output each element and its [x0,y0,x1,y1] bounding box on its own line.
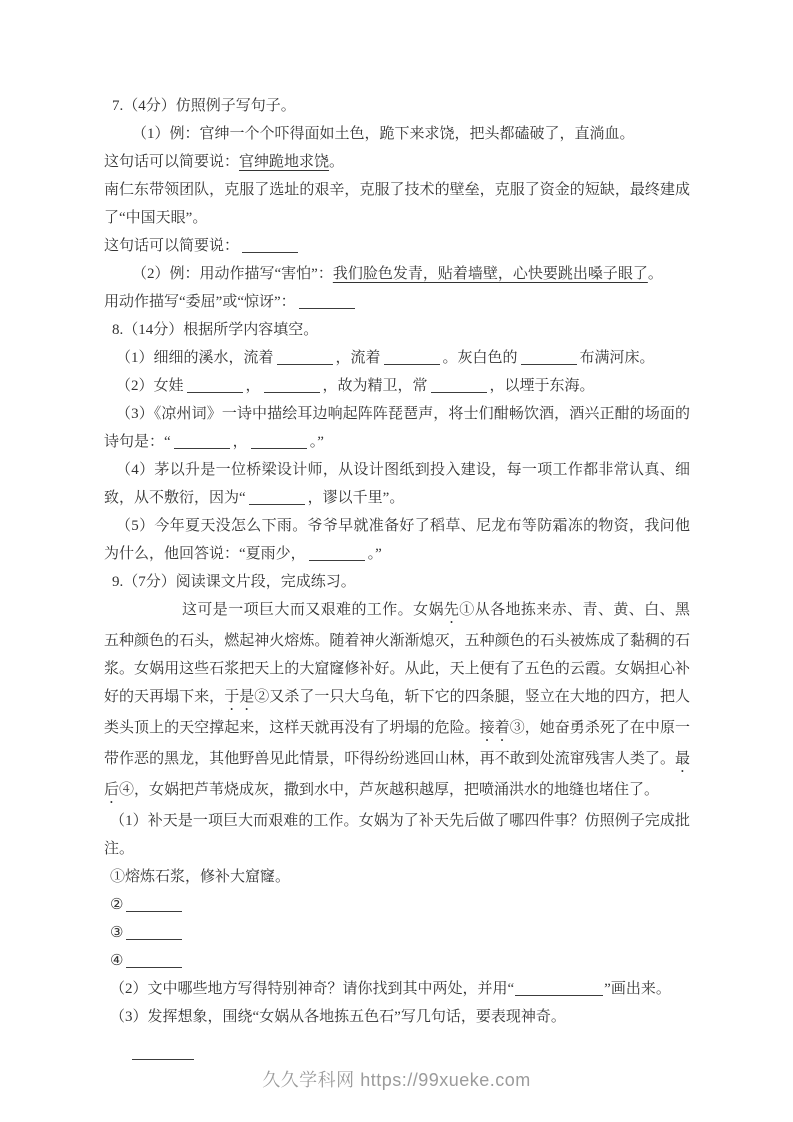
fill-text: 。” [310,434,324,450]
answer-blank [299,297,355,309]
task-label: 用动作描写“委屈”或“惊讶”： [104,294,296,310]
exam-page: 7.（4分）仿照例子写句子。 （1）例：官绅一个个吓得面如土色，跪下来求饶，把头… [0,0,793,1122]
q9-item1-note3: ③ [104,919,690,947]
footer-url: https://99xueke.com [360,1070,531,1090]
fill-text: ，故为精卫，常 [323,378,428,394]
q7-item1-simplified-example: 这句话可以简要说：官绅跪地求饶。 [104,148,690,176]
q9-item3: （3）发挥想象，围绕“女娲从各地拣五色石”写几句话，要表现神奇。 [104,1003,690,1031]
answer-blank [174,437,230,449]
simplify-label: 这句话可以简要说： [104,154,239,170]
q9-item2: （2）文中哪些地方写得特别神奇？请你找到其中两处，并用“”画出来。 [104,975,690,1003]
answer-blank [264,381,320,393]
question-title: 仿照例子写句子。 [176,98,296,114]
question-number: 8. [112,322,123,338]
q9-item3-answer-line [104,1039,690,1067]
fill-text: ，流着 [336,350,381,366]
fill-text: （2）女娃 [116,378,184,394]
answer-blank [249,493,305,505]
note-example: ①熔炼石浆，修补大窟窿。 [110,869,290,885]
page-footer: 久久学科网 https://99xueke.com [0,1066,793,1092]
q9-item1-note1: ①熔炼石浆，修补大窟窿。 [104,863,690,891]
question-points: （7分） [123,574,176,590]
q8-item2: （2）女娃，，故为精卫，常，以堙于东海。 [104,372,690,400]
example-sentence: （1）例：官绅一个个吓得面如土色，跪下来求饶，把头都磕破了，直淌血。 [132,126,635,142]
exam-content: 7.（4分）仿照例子写句子。 （1）例：官绅一个个吓得面如土色，跪下来求饶，把头… [104,92,690,1067]
answer-blank [242,241,298,253]
answer-blank [126,928,182,940]
note-number: ④ [110,953,123,969]
fill-text: 。” [368,546,382,562]
fill-text: ， [233,434,248,450]
answer-blank [132,1048,194,1060]
answer-blank [515,984,603,996]
q9-item1: （1）补天是一项巨大而艰难的工作。女娲为了补天先后做了哪四件事？仿照例子完成批注… [104,807,690,863]
emphasized-word: 先 [444,602,459,618]
fill-text: （1）细细的溪水，流着 [116,350,274,366]
q8-item4: （4）茅以升是一位桥梁设计师，从设计图纸到投入建设，每一项工作都非常认真、细致，… [104,456,690,512]
question-text: ”画出来。 [604,981,671,997]
q9-item1-note4: ④ [104,947,690,975]
answer-blank [277,353,333,365]
q8-item5: （5）今年夏天没怎么下雨。爷爷早就准备好了稻草、尼龙布等防霜冻的物资，我问他为什… [104,512,690,568]
question-title: 根据所学内容填空。 [183,322,318,338]
question-number: 7. [112,98,123,114]
passage-text: 南仁东带领团队，克服了选址的艰辛，克服了技术的壁垒，克服了资金的短缺，最终建成了… [104,182,690,226]
passage-text: ④，女娲把芦苇烧成灰，撒到水中，芦灰越积越厚，把喷涌洪水的地缝也堵住了。 [119,782,659,798]
q7-item1-passage: 南仁东带领团队，克服了选址的艰辛，克服了技术的壁垒，克服了资金的短缺，最终建成了… [104,176,690,232]
question-number: 9. [112,574,123,590]
question-text: （3）发挥想象，围绕“女娲从各地拣五色石”写几句话，要表现神奇。 [110,1009,566,1025]
note-number: ③ [110,925,123,941]
q7-item2-example: （2）例：用动作描写“害怕”：我们脸色发青，贴着墙壁，心快要跳出嗓子眼了。 [104,260,690,288]
q8-item3: （3）《凉州词》一诗中描绘耳边响起阵阵琵琶声，将士们酣畅饮酒，酒兴正酣的场面的诗… [104,400,690,456]
question-7: 7.（4分）仿照例子写句子。 （1）例：官绅一个个吓得面如土色，跪下来求饶，把头… [104,92,690,316]
question-8-header: 8.（14分）根据所学内容填空。 [104,316,690,344]
answer-blank [384,353,440,365]
fill-text: ， [246,378,261,394]
example-prefix: （2）例：用动作描写“害怕”： [132,266,333,282]
footer-site-name: 久久学科网 [262,1070,355,1090]
question-text: （2）文中哪些地方写得特别神奇？请你找到其中两处，并用“ [110,981,514,997]
question-8: 8.（14分）根据所学内容填空。 （1）细细的溪水，流着，流着。灰白色的布满河床… [104,316,690,568]
q7-item2-task: 用动作描写“委屈”或“惊讶”： [104,288,690,316]
question-7-header: 7.（4分）仿照例子写句子。 [104,92,690,120]
question-9-header: 9.（7分）阅读课文片段，完成练习。 [104,568,690,596]
emphasized-word: 于是 [224,689,254,705]
emphasized-word: 接着 [480,720,510,736]
q8-item1: （1）细细的溪水，流着，流着。灰白色的布满河床。 [104,344,690,372]
sentence-period: 。 [648,266,663,282]
answer-blank [187,381,243,393]
answer-blank [431,381,487,393]
note-number: ② [110,897,123,913]
answer-blank [521,353,577,365]
question-9: 9.（7分）阅读课文片段，完成练习。 这可是一项巨大而又艰难的工作。女娲先①从各… [104,568,690,1067]
fill-text: ，以堙于东海。 [490,378,595,394]
question-title: 阅读课文片段，完成练习。 [176,574,356,590]
q9-reading-passage: 这可是一项巨大而又艰难的工作。女娲先①从各地拣来赤、青、黄、白、黑五种颜色的石头… [104,596,690,807]
sentence-period: 。 [329,154,344,170]
question-points: （4分） [123,98,176,114]
q7-item1-task: 这句话可以简要说： [104,232,690,260]
answer-blank [126,956,182,968]
q9-item1-note2: ② [104,891,690,919]
q7-item1-example: （1）例：官绅一个个吓得面如土色，跪下来求饶，把头都磕破了，直淌血。 [104,120,690,148]
simplify-label: 这句话可以简要说： [104,238,239,254]
question-text: （1）补天是一项巨大而艰难的工作。女娲为了补天先后做了哪四件事？仿照例子完成批注… [104,813,690,857]
fill-text: 布满河床。 [580,350,655,366]
underlined-answer: 官绅跪地求饶 [239,154,329,170]
fill-text: ，谬以千里”。 [308,490,405,506]
passage-text: 这可是一项巨大而又艰难的工作。女娲 [182,602,444,618]
answer-blank [126,900,182,912]
answer-blank [251,437,307,449]
answer-blank [309,549,365,561]
question-points: （14分） [123,322,183,338]
fill-text: 。灰白色的 [443,350,518,366]
underlined-answer: 我们脸色发青，贴着墙壁，心快要跳出嗓子眼了 [333,266,648,282]
fill-text: （5）今年夏天没怎么下雨。爷爷早就准备好了稻草、尼龙布等防霜冻的物资，我问他为什… [104,518,690,562]
